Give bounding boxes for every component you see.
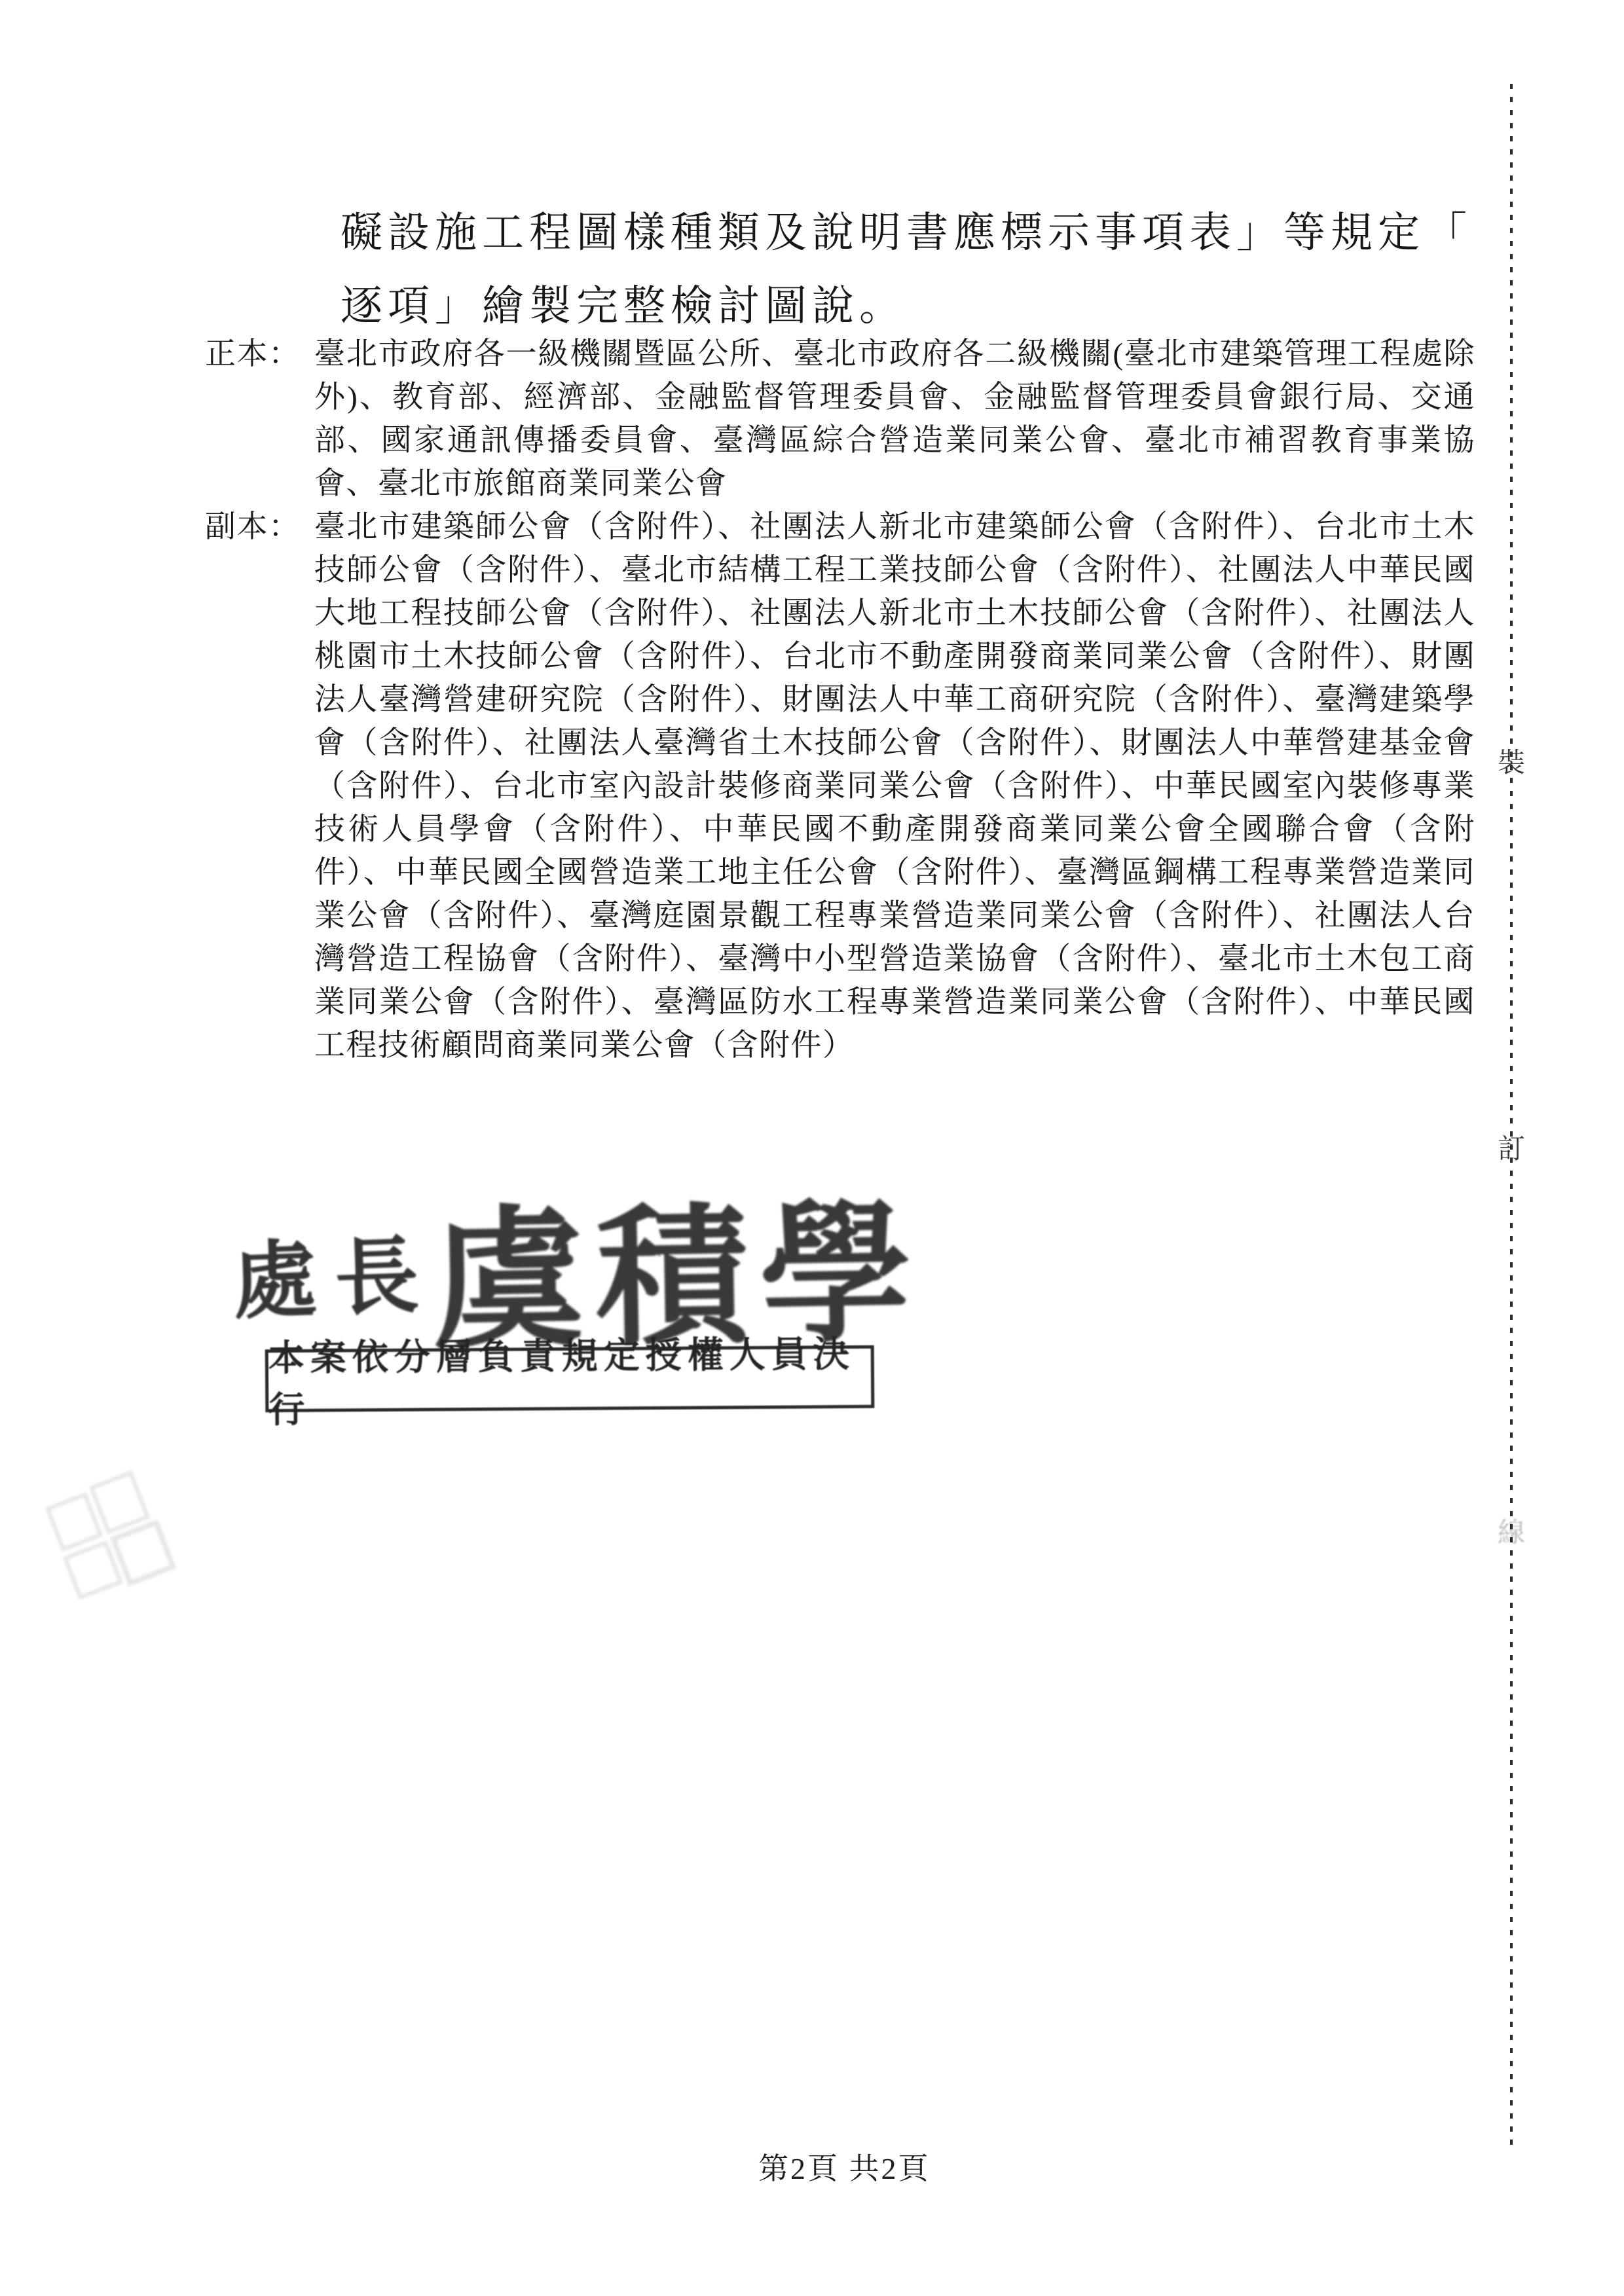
recipients-section: 正本： 臺北市政府各一級機關暨區公所、臺北市政府各二級機關(臺北市建築管理工程處… (205, 333, 1475, 1067)
delegation-authority-stamp: 本案依分層負責規定授權人員決行 (265, 1345, 875, 1412)
faint-seal-stamp (39, 1465, 181, 1607)
copy-recipients-label: 副本： (205, 505, 314, 549)
copy-recipients-row: 副本： 臺北市建築師公會（含附件）、社團法人新北市建築師公會（含附件）、台北市土… (205, 505, 1475, 1067)
binding-margin-char-zhuang: 裝 (1496, 741, 1527, 780)
binding-margin-char-ding: 訂 (1496, 1127, 1527, 1167)
signer-title: 處長 (231, 1208, 439, 1336)
original-recipients-row: 正本： 臺北市政府各一級機關暨區公所、臺北市政府各二級機關(臺北市建築管理工程處… (205, 333, 1475, 505)
scanned-official-document-page: { "body_text": { "line1": "礙設施工程圖樣種類及說明書… (0, 0, 1624, 2296)
page-number-footer: 第2頁 共2頁 (758, 2145, 931, 2188)
delegation-stamp-text: 本案依分層負責規定授權人員決行 (268, 1325, 871, 1432)
signature-block: 處長 虞積學 (229, 1165, 950, 1349)
copy-recipients-text: 臺北市建築師公會（含附件）、社團法人新北市建築師公會（含附件）、台北市土木技師公… (314, 505, 1475, 1067)
binding-margin-char-xian: 線 (1496, 1511, 1527, 1550)
body-text-line-1: 礙設施工程圖樣種類及說明書應標示事項表」等規定「 (341, 196, 1493, 270)
original-recipients-label: 正本： (205, 333, 314, 376)
binding-margin-dotted-line (1510, 84, 1513, 2153)
original-recipients-text: 臺北市政府各一級機關暨區公所、臺北市政府各二級機關(臺北市建築管理工程處除外)、… (314, 333, 1475, 505)
body-continuation-paragraph: 礙設施工程圖樣種類及說明書應標示事項表」等規定「 逐項」繪製完整檢討圖說。 (341, 196, 1493, 343)
